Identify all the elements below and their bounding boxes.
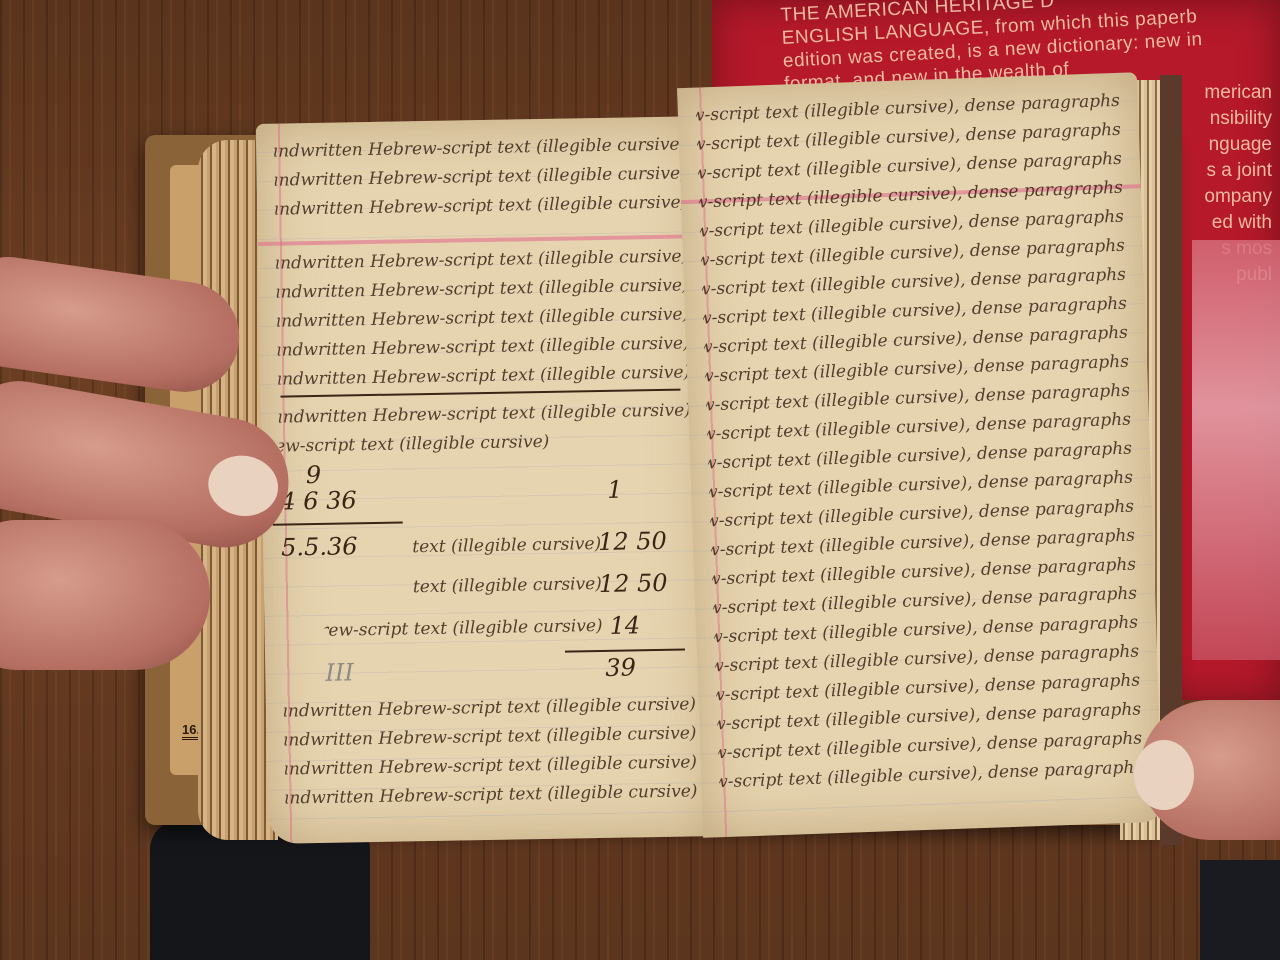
- dark-object: [1200, 860, 1280, 960]
- amount: 14: [609, 611, 640, 640]
- left-hand-finger: [0, 520, 210, 670]
- tape-glare: [1192, 240, 1280, 660]
- thumbnail: [203, 450, 282, 521]
- handwriting-line: Handwritten Hebrew-script text (illegibl…: [414, 570, 602, 602]
- handwriting-line: Handwritten Hebrew-script text (illegibl…: [279, 428, 549, 462]
- date-number: 9: [306, 461, 322, 489]
- pencil-mark: III: [325, 658, 354, 686]
- right-hand-thumb: [1140, 700, 1280, 840]
- date-number: 4 6 36: [280, 486, 357, 515]
- right-page: Handwritten Hebrew-script text (illegibl…: [677, 72, 1163, 838]
- date-number: 5.5.36: [281, 532, 358, 561]
- left-page: Handwritten Hebrew-script text (illegibl…: [256, 116, 716, 844]
- thumbnail: [1134, 740, 1194, 810]
- total-amount: 39: [605, 653, 636, 682]
- handwriting-line: Handwritten Hebrew-script text (illegibl…: [413, 530, 601, 562]
- amount: 12 50: [598, 527, 667, 556]
- amount: 12 50: [599, 569, 668, 598]
- amount: 1: [607, 476, 623, 504]
- handwriting-line: Handwritten Hebrew-script text (illegibl…: [324, 612, 602, 646]
